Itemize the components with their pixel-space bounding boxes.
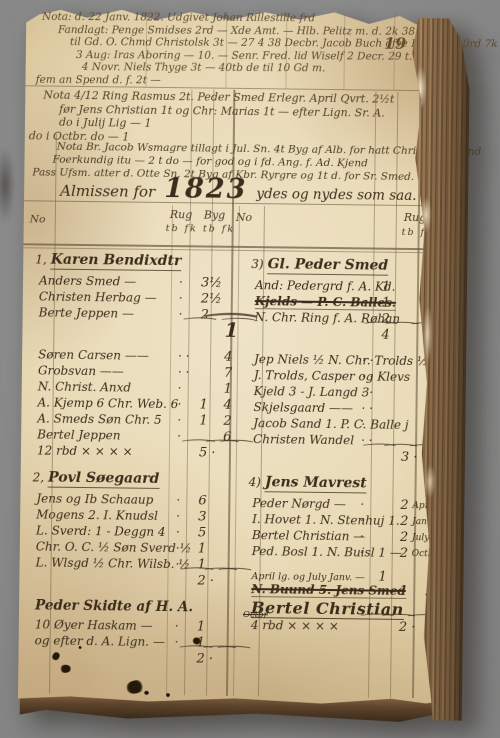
row-name: Mogens 2. I. Knudsl bbox=[36, 507, 158, 522]
leader-dots: · bbox=[177, 413, 181, 427]
background-smudge bbox=[0, 146, 15, 224]
ink-blot bbox=[60, 665, 71, 673]
row-name: Christen Wandel bbox=[253, 432, 354, 447]
leader-dots: · bbox=[179, 291, 183, 305]
ledger-row: 1,Karen Bendixdtr bbox=[35, 251, 253, 276]
row-name: Jens og Ib Schaaup bbox=[36, 491, 153, 506]
leader-dots: · bbox=[360, 529, 364, 543]
row-value-2: 1 bbox=[399, 584, 407, 599]
row-name: Povl Søegaard bbox=[48, 470, 159, 489]
row-value-1: 3½ bbox=[201, 275, 222, 290]
heading-prefix: Almissen for bbox=[60, 182, 155, 201]
row-name: Jep Niels ½ N. Chr. Trolds ½ bbox=[254, 352, 429, 368]
row-name: Gl. Peder Smed bbox=[267, 256, 388, 275]
year-heading: Almissen for 1823 ydes og nydes som saa. bbox=[60, 172, 417, 207]
row-value-1: 5 bbox=[198, 525, 206, 540]
row-name: Skjelsgaard —— bbox=[253, 400, 353, 415]
ledger-row: Ped. Bosl 1. N. Buisl 1 — · 2 Octbr bbox=[248, 544, 460, 563]
row-number: 4) bbox=[249, 475, 261, 489]
row-name: 10 Øyer Haskam — bbox=[35, 617, 153, 632]
row-value-2: 2 bbox=[400, 498, 408, 513]
row-name: A. Kjemp 6 Chr. Web. 6 bbox=[37, 395, 178, 411]
row-month-note: July bbox=[412, 533, 429, 543]
row-name: Ped. Bosl 1. N. Buisl 1 — bbox=[252, 544, 402, 560]
heading-suffix: ydes og nydes som saa. bbox=[256, 186, 416, 204]
row-name: og efter d. A. Lign. — bbox=[35, 633, 165, 649]
row-value-2: 7 bbox=[224, 366, 232, 381]
row-number: 1, bbox=[35, 252, 47, 266]
leader-dots: · · bbox=[361, 401, 373, 415]
leader-dots: · · bbox=[178, 349, 190, 363]
row-name: I. Hovet 1. N. Stenhuj 1. bbox=[252, 512, 400, 528]
leader-dots: · bbox=[363, 279, 367, 293]
row-name: Chr. O. C. ½ Søn Sverd ½ bbox=[36, 539, 192, 555]
row-name: Søren Carsen —— bbox=[38, 347, 149, 362]
row-name: N. Buund 5. Jens Smed bbox=[251, 582, 406, 599]
leader-dots: · bbox=[175, 619, 179, 633]
leader-dots: · bbox=[179, 275, 183, 289]
row-value-1: 1 bbox=[382, 296, 390, 311]
leader-dots: · · bbox=[178, 365, 190, 379]
row-name: A. Smeds Søn Chr. 5 bbox=[37, 411, 161, 427]
row-value-1: 1 bbox=[199, 397, 207, 412]
row-name: J. Trolds, Casper og Klevs bbox=[254, 368, 410, 384]
ink-blot bbox=[166, 693, 170, 697]
ink-blot bbox=[125, 679, 145, 696]
row-name: 12 rbd × × × × bbox=[37, 443, 133, 458]
ink-blot bbox=[144, 691, 149, 695]
ink-blot bbox=[193, 637, 201, 644]
page-number: 19 bbox=[384, 34, 406, 53]
row-value-1: 6 bbox=[198, 493, 206, 508]
row-value-2: 2 bbox=[223, 414, 231, 429]
book: Nota: d. 22 Janv. 1822. Udgivet Johan Ri… bbox=[12, 3, 483, 733]
row-number: 2, bbox=[33, 470, 45, 484]
row-name: Berte Jeppen — bbox=[39, 305, 134, 320]
heading-year: 1823 bbox=[164, 173, 248, 205]
row-name: Peder Nørgd — bbox=[252, 496, 346, 511]
row-name: And: Pedergrd f. A. Kd. bbox=[255, 278, 396, 294]
row-name: Karen Bendixdtr bbox=[51, 252, 182, 272]
page-content: Nota: d. 22 Janv. 1822. Udgivet Johan Ri… bbox=[18, 7, 460, 706]
leader-dots: · · bbox=[362, 353, 374, 367]
leader-dots: · bbox=[177, 397, 181, 411]
row-name: L. Sverd: 1 - Deggn 4 bbox=[36, 523, 166, 539]
leader-dots: · · bbox=[362, 385, 374, 399]
ledger-row: 1 bbox=[34, 321, 252, 342]
leader-dots: · bbox=[359, 599, 363, 613]
row-name: Christen Herbag — bbox=[39, 289, 157, 304]
row-value-1: 3 bbox=[198, 509, 206, 524]
row-name: L. Wlsgd ½ Chr. Wilsb. ½ bbox=[36, 555, 191, 571]
col-header-no-left: No bbox=[30, 213, 46, 225]
row-value-2: 4 bbox=[223, 398, 231, 413]
row-number: 3) bbox=[251, 257, 263, 271]
row-value-1: 2½ bbox=[201, 291, 222, 306]
row-name: Peder Skidte af H. A. bbox=[35, 597, 193, 615]
row-name: Kjelds — P. C. Balles. bbox=[255, 294, 396, 311]
leader-dots: · bbox=[176, 509, 180, 523]
row-name: Anders Smed — bbox=[39, 273, 136, 288]
row-name: Grobsvan —— bbox=[38, 363, 124, 378]
row-value-1: 1 bbox=[378, 570, 386, 585]
row-name: Jacob Sand 1. P. C. Balle j bbox=[253, 416, 408, 432]
row-name: Bertel Jeppen bbox=[37, 427, 121, 442]
ledger-photograph: Nota: d. 22 Janv. 1822. Udgivet Johan Ri… bbox=[0, 0, 500, 738]
row-value-2: 2 bbox=[400, 546, 408, 561]
row-value-2: 2 bbox=[400, 514, 408, 529]
marginal-notes-top: Nota: d. 22 Janv. 1822. Udgivet Johan Ri… bbox=[36, 11, 424, 89]
ledger-row: 2,Povl Søegaard bbox=[32, 469, 250, 494]
leader-dots: · · bbox=[362, 369, 374, 383]
leader-dots: · bbox=[176, 525, 180, 539]
leader-dots: · bbox=[361, 417, 365, 431]
col-header-byg-left: Byg bbox=[204, 208, 226, 221]
ink-blot bbox=[79, 646, 82, 649]
col-header-no-mid: No bbox=[236, 211, 252, 224]
row-name: 4 rbd × × × × bbox=[251, 618, 339, 633]
col-subheader-left: tb fk tb fk bbox=[166, 223, 236, 235]
nota-quarter-block: Nota 4/12 Ring Rasmus 2t. Peder Smed Erl… bbox=[29, 88, 430, 147]
row-value-1: 1 bbox=[197, 619, 205, 634]
leader-dots: · bbox=[360, 545, 364, 559]
leader-dots: · bbox=[176, 493, 180, 507]
col-header-rug-left: Rug bbox=[170, 208, 193, 221]
row-value-1: 1 bbox=[198, 541, 206, 556]
ledger-row: 12 rbd × × × × 5 · bbox=[33, 443, 251, 464]
leader-dots: · bbox=[360, 497, 364, 511]
row-value-2: 2 bbox=[400, 530, 408, 545]
leader-dots: · bbox=[176, 541, 180, 555]
leader-dots: · bbox=[178, 381, 182, 395]
row-value-2: 4 bbox=[224, 350, 232, 365]
leader-dots: · bbox=[360, 513, 364, 527]
row-name: Bertel Christian — bbox=[252, 528, 365, 543]
row-name: Jens Mavrest bbox=[265, 474, 367, 493]
note-line: fem an Spend d. f. 2t — bbox=[36, 74, 424, 89]
row-value-1: 1 bbox=[199, 413, 207, 428]
row-value-1: 1 bbox=[382, 280, 390, 295]
row-value-2: 1 bbox=[224, 382, 232, 397]
ledger-row: 2 · bbox=[31, 571, 249, 592]
ledger-column-left: 1,Karen Bendixdtr Anders Smed — · 3½ bbox=[30, 251, 253, 670]
row-name: Kjeld 3 - J. Langd 3 bbox=[254, 384, 370, 399]
ledger-row: Peder Skidte af H. A. bbox=[31, 597, 249, 620]
row-name: N. Christ. Anxd bbox=[38, 379, 131, 394]
